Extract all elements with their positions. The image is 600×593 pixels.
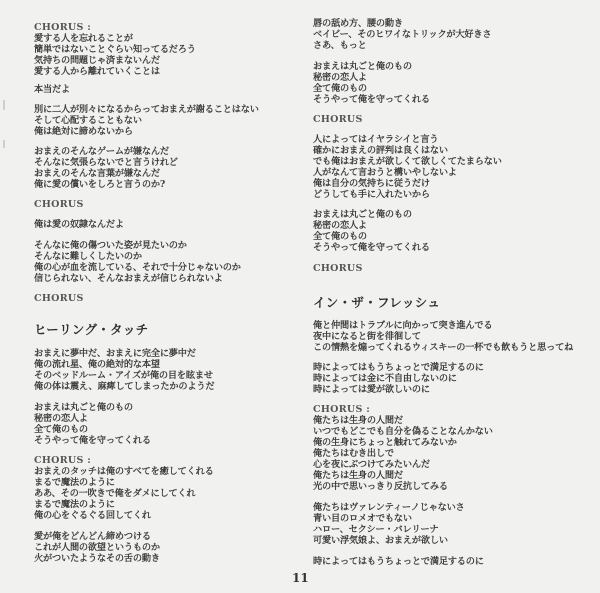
lyric-line: 俺は自分の気持ちに従うだけ	[313, 178, 430, 189]
lyric-line: そんなに気張らないでと言うけれど	[34, 157, 178, 168]
lyric-line: 俺の心が血を流している、それで十分じゃないのか	[34, 262, 241, 273]
lyric-line: 別に二人が別々になるからっておまえが謝ることはない	[34, 104, 259, 115]
lyric-line: 俺たちはヴァレンティーノじゃないさ	[313, 502, 465, 513]
lyric-line: 可愛い浮気娘よ、おまえが欲しい	[313, 535, 448, 546]
lyric-line: 信じられない、そんなおまえが信じられないよ	[34, 273, 223, 284]
lyric-line: そして心配することもない	[34, 115, 142, 126]
lyric-line: さあ、もっと	[313, 40, 367, 51]
lyric-line: 俺の生身にちょっと触れてみないか	[313, 437, 457, 448]
lyric-line: そのベッドルーム・アイズが俺の目を眩ませ	[34, 370, 213, 381]
lyric-line: そんなに俺の傷ついた姿が見たいのか	[34, 240, 187, 251]
lyric-line: ハロー、セクシー・バレリーナ	[313, 524, 438, 535]
chorus-label: CHORUS :	[34, 22, 91, 33]
lyric-line: 人によってはイヤラシイと言う	[313, 134, 438, 145]
lyric-line: 秘密の恋人よ	[313, 220, 367, 231]
lyric-line: いつでもどこでも自分を偽ることなんかない	[313, 426, 493, 437]
lyric-line: どうしても手に入れたいから	[313, 189, 430, 200]
lyric-line: 時によってはもうちょっとで満足するのに	[313, 556, 484, 567]
lyric-line: 俺の体は震え、麻痺してしまったかのようだ	[34, 381, 214, 392]
lyric-line: 時によってはもうちょっとで満足するのに	[313, 362, 484, 373]
lyric-line: 全て俺のもの	[313, 83, 367, 94]
lyric-line: 俺たちはむき出しで	[313, 448, 394, 459]
lyric-line: これが人間の欲望というものか	[34, 542, 160, 553]
lyric-line: おまえのそんなゲームが嫌なんだ	[34, 146, 169, 157]
lyric-line: 気持ちの問題じゃ済まないんだ	[34, 55, 160, 66]
lyric-line: そうやって俺を守ってくれる	[313, 242, 430, 253]
lyrics-page: CHORUS :愛する人を忘れることが簡単ではないことぐらい知ってるだろう気持ち…	[0, 0, 600, 593]
lyric-line: そんなに難しくしたいのか	[34, 251, 142, 262]
lyric-line: 確かにおまえの評判は良くはない	[313, 145, 448, 156]
lyric-line: ベイビー、そのヒワイなトリックが大好きさ	[313, 29, 491, 40]
lyric-line: まるで魔法のように	[34, 499, 115, 510]
lyric-line: そうやって俺を守ってくれる	[34, 435, 151, 446]
lyric-line: 愛する人から離れていくことは	[34, 66, 160, 77]
lyric-line: 秘密の恋人よ	[34, 413, 88, 424]
lyric-line: 愛する人を忘れることが	[34, 33, 133, 44]
lyric-line: 俺の流れ星、俺の絶対的な本望	[34, 359, 160, 370]
lyric-line: 全て俺のもの	[34, 424, 88, 435]
lyric-line: おまえに夢中だ、おまえに完全に夢中だ	[34, 348, 196, 359]
chorus-label: CHORUS	[313, 114, 363, 125]
chorus-label: CHORUS :	[34, 455, 91, 466]
lyric-line: おまえは丸ごと俺のもの	[313, 61, 412, 72]
lyric-line: 火がついたようなその舌の動き	[34, 553, 160, 564]
lyric-line: 愛が俺をどんどん締めつける	[34, 531, 151, 542]
binding-shadow	[3, 100, 5, 110]
lyric-line: この情熱を煽ってくれるウィスキーの一杯でも飲もうと思ってね	[313, 342, 573, 353]
binding-shadow	[3, 140, 5, 148]
lyric-line: 青い目のロメオでもない	[313, 513, 412, 524]
lyric-line: 俺の心をぐるぐる回してくれ	[34, 510, 151, 521]
lyric-line: 俺は愛の奴隷なんだよ	[34, 219, 124, 230]
lyric-line: ああ、その一吹きで俺をダメにしてくれ	[34, 488, 195, 499]
lyric-line: 俺は絶対に諦めないから	[34, 126, 133, 137]
song-title: イン・ザ・フレッシュ	[313, 293, 440, 311]
chorus-label: CHORUS :	[313, 404, 370, 415]
lyric-line: 心を夜にぶつけてみたいんだ	[313, 459, 430, 470]
lyric-line: おまえは丸ごと俺のもの	[313, 209, 412, 220]
chorus-label: CHORUS	[34, 199, 84, 210]
lyric-line: 人がなんて言おうと構いやしないよ	[313, 167, 457, 178]
lyric-line: 時によっては愛が欲しいのに	[313, 384, 430, 395]
lyric-line: そうやって俺を守ってくれる	[313, 94, 430, 105]
lyric-line: 俺と仲間はトラブルに向かって突き進んでる	[313, 320, 492, 331]
lyric-line: でも俺はおまえが欲しくて欲しくてたまらない	[313, 156, 502, 167]
chorus-label: CHORUS	[313, 263, 363, 274]
lyric-line: おまえは丸ごと俺のもの	[34, 402, 133, 413]
lyric-line: 光の中で思いっきり反抗してみる	[313, 481, 448, 492]
lyric-line: 俺たちは生身の人間だ	[313, 415, 403, 426]
lyric-line: おまえのタッチは俺のすべてを癒してくれる	[34, 466, 214, 477]
lyric-line: 簡単ではないことぐらい知ってるだろう	[34, 44, 196, 55]
lyric-line: おまえのそんな言葉が嫌なんだ	[34, 168, 160, 179]
lyric-line: 俺たちは生身の人間だ	[313, 470, 403, 481]
lyric-line: 時によっては金に不自由しないのに	[313, 373, 457, 384]
lyric-line: 全て俺のもの	[313, 231, 367, 242]
page-number: 11	[292, 571, 309, 585]
chorus-label: CHORUS	[34, 293, 84, 304]
lyric-line: 俺に愛の償いをしろと言うのか?	[34, 179, 165, 190]
lyric-line: 夜中になると街を徘徊して	[313, 331, 421, 342]
lyric-line: 唇の舐め方、腰の動き	[313, 18, 403, 29]
song-title: ヒーリング・タッチ	[34, 320, 148, 338]
lyric-line: まるで魔法のように	[34, 477, 115, 488]
lyric-line: 秘密の恋人よ	[313, 72, 367, 83]
lyric-line: 本当だよ	[34, 84, 70, 95]
